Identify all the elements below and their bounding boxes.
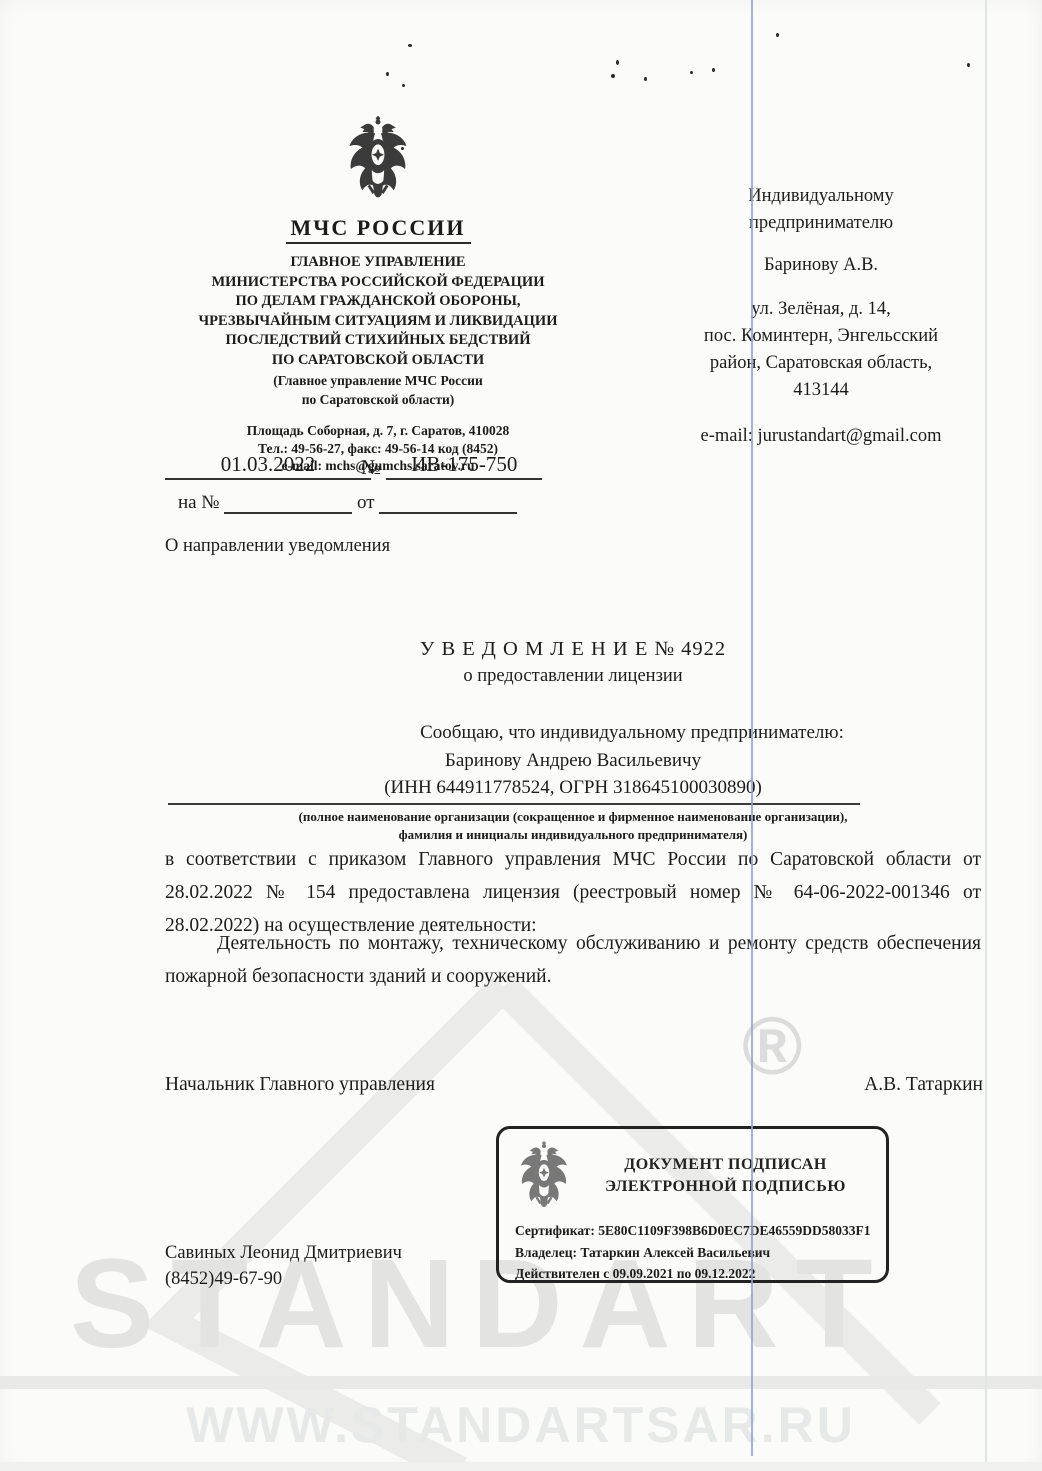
org-line: МИНИСТЕРСТВА РОССИЙСКОЙ ФЕДЕРАЦИИ [158, 273, 598, 293]
scan-speck [644, 77, 647, 81]
notice-head: Сообщаю, что индивидуальному предпринима… [165, 719, 981, 802]
executor-block: Савиных Леонид Дмитриевич (8452)49-67-90 [165, 1240, 402, 1292]
stamp-details: Сертификат: 5E80C1109F398B6D0EC7DE46559D… [499, 1214, 886, 1285]
letter-date: 01.03.2022 [165, 452, 371, 480]
org-line: ПО САРАТОВСКОЙ ОБЛАСТИ [158, 351, 598, 371]
scan-speck [712, 68, 715, 72]
electronic-signature-stamp: ДОКУМЕНТ ПОДПИСАН ЭЛЕКТРОННОЙ ПОДПИСЬЮ С… [496, 1126, 889, 1283]
recipient-name: Баринову А.В. [645, 252, 997, 279]
scan-speck [386, 72, 389, 76]
address-line: Площадь Соборная, д. 7, г. Саратов, 4100… [158, 422, 598, 440]
entrepreneur-ids: (ИНН 644911778524, ОГРН 318645100030890) [165, 774, 981, 802]
ref-date-blank [379, 494, 517, 514]
ref-ot-label: от [357, 492, 375, 513]
scan-speck [776, 33, 779, 37]
agency-name: МЧС РОССИИ [286, 215, 471, 244]
reference-row: на № от [178, 492, 598, 514]
ref-number-blank [224, 494, 352, 514]
footnote-line: (полное наименование организации (сокращ… [100, 808, 1042, 826]
stamp-certificate: Сертификат: 5E80C1109F398B6D0EC7DE46559D… [515, 1220, 876, 1242]
letter-content: МЧС РОССИИ ГЛАВНОЕ УПРАВЛЕНИЕ МИНИСТЕРСТ… [0, 0, 1042, 1471]
org-line: ЧРЕЗВЫЧАЙНЫМ СИТУАЦИЯМ И ЛИКВИДАЦИИ [158, 312, 598, 332]
recipient-type-line: Индивидуальному [645, 183, 997, 210]
signature-row: А.В. Татаркин Начальник Главного управле… [165, 1074, 983, 1096]
org-line: ПО ДЕЛАМ ГРАЖДАНСКОЙ ОБОРОНЫ, [158, 292, 598, 312]
recipient-address-line: район, Саратовская область, [645, 350, 997, 377]
mchs-emblem-icon [342, 112, 414, 206]
notice-intro: Сообщаю, что индивидуальному предпринима… [165, 719, 981, 747]
recipient-address-line: пос. Коминтерн, Энгельсский [645, 323, 997, 350]
recipient-address: ул. Зелёная, д. 14, пос. Коминтерн, Энге… [645, 296, 997, 404]
scan-speck [967, 63, 970, 67]
org-alt-line: по Саратовской области) [158, 390, 598, 409]
notice-subtitle: о предоставлении лицензии [165, 666, 981, 687]
footnote-line: фамилия и инициалы индивидуального предп… [100, 826, 1042, 844]
notice-title-block: У В Е Д О М Л Е Н И Е № 4922 о предостав… [165, 638, 981, 687]
signer-position: Начальник Главного управления [165, 1074, 435, 1095]
org-line: ПОСЛЕДСТВИЙ СТИХИЙНЫХ БЕДСТВИЙ [158, 331, 598, 351]
scan-speck [401, 147, 404, 150]
scan-speck [690, 71, 693, 74]
signer-name: А.В. Татаркин [864, 1074, 983, 1096]
org-alt-name: (Главное управление МЧС России по Сарато… [158, 371, 598, 409]
subject-line: О направлении уведомления [165, 536, 390, 557]
scan-speck [611, 74, 615, 78]
recipient-email: e-mail: jurustandart@gmail.com [645, 423, 997, 450]
recipient-block: Индивидуальному предпринимателю Баринову… [645, 183, 997, 450]
stamp-header: ДОКУМЕНТ ПОДПИСАН ЭЛЕКТРОННОЙ ПОДПИСЬЮ [499, 1129, 886, 1214]
scan-speck [616, 60, 619, 65]
stamp-validity: Действителен с 09.09.2021 по 09.12.2022 [515, 1263, 876, 1285]
org-name-lines: ГЛАВНОЕ УПРАВЛЕНИЕ МИНИСТЕРСТВА РОССИЙСК… [158, 253, 598, 370]
ids-footnote: (полное наименование организации (сокращ… [100, 808, 1042, 844]
recipient-address-line: 413144 [645, 377, 997, 404]
executor-name: Савиных Леонид Дмитриевич [165, 1240, 402, 1266]
stamp-title-line: ДОКУМЕНТ ПОДПИСАН [573, 1154, 878, 1176]
entrepreneur-name: Баринову Андрею Васильевичу [165, 747, 981, 775]
org-alt-line: (Главное управление МЧС России [158, 371, 598, 390]
notice-activity-paragraph: Деятельность по монтажу, техническому об… [165, 927, 981, 993]
scan-fold-line [751, 0, 753, 1456]
recipient-type-line: предпринимателю [645, 210, 997, 237]
scan-speck [402, 84, 405, 87]
date-number-row: 01.03.2022№ ИВ-175-750 [165, 452, 595, 480]
stamp-owner: Владелец: Татаркин Алексей Васильевич [515, 1242, 876, 1264]
ref-na-label: на № [178, 492, 219, 513]
scanned-letter-page: ® STANDART WWW.STANDARTSAR.RU МЧС РОССИИ… [0, 0, 1042, 1471]
notice-title: У В Е Д О М Л Е Н И Е № 4922 [165, 638, 981, 661]
number-sign: № [361, 455, 381, 479]
stamp-title-line: ЭЛЕКТРОННОЙ ПОДПИСЬЮ [573, 1176, 878, 1198]
ids-underline [168, 803, 860, 805]
mchs-emblem-icon [515, 1138, 573, 1214]
letter-number: ИВ-175-750 [386, 452, 542, 480]
letterhead: МЧС РОССИИ ГЛАВНОЕ УПРАВЛЕНИЕ МИНИСТЕРСТ… [158, 112, 598, 475]
recipient-address-line: ул. Зелёная, д. 14, [645, 296, 997, 323]
org-line: ГЛАВНОЕ УПРАВЛЕНИЕ [158, 253, 598, 273]
stamp-title: ДОКУМЕНТ ПОДПИСАН ЭЛЕКТРОННОЙ ПОДПИСЬЮ [573, 1154, 878, 1198]
executor-phone: (8452)49-67-90 [165, 1266, 402, 1292]
scan-speck [408, 44, 412, 47]
